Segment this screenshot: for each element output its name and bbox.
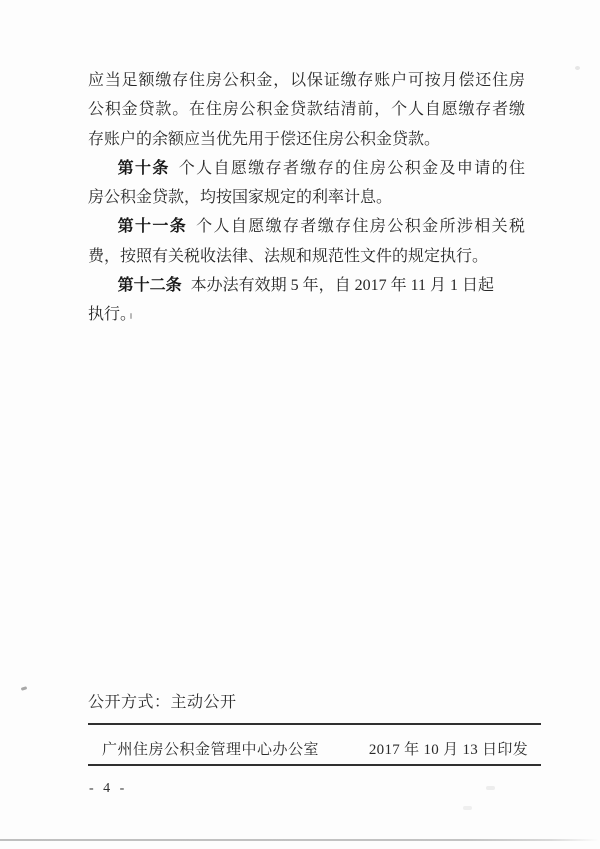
print-date: 2017 年 10 月 13 日印发 <box>369 738 528 759</box>
body-line-article-12: 第十二条本办法有效期 5 年，自 2017 年 11 月 1 日起 <box>88 271 525 300</box>
article-11-text: 个人自愿缴存者缴存住房公积金所涉相关税 <box>196 218 525 235</box>
body-line: 执行。 <box>88 300 525 329</box>
scan-speck <box>463 806 472 810</box>
scan-speck <box>21 686 28 691</box>
body-line-article-10: 第十条个人自愿缴存者缴存的住房公积金及申请的住 <box>88 154 525 183</box>
body-line-article-11: 第十一条个人自愿缴存者缴存住房公积金所涉相关税 <box>88 212 525 241</box>
issuing-office: 广州住房公积金管理中心办公室 <box>102 738 319 759</box>
article-10-text: 个人自愿缴存者缴存的住房公积金及申请的住 <box>179 160 525 177</box>
page-number: - 4 - <box>89 780 127 797</box>
body-line: 公积金贷款。在住房公积金贷款结清前，个人自愿缴存者缴 <box>88 95 525 124</box>
body-line: 存账户的余额应当优先用于偿还住房公积金贷款。 <box>88 125 525 154</box>
issuer-row: 广州住房公积金管理中心办公室 2017 年 10 月 13 日印发 <box>88 735 541 761</box>
scan-edge-line <box>0 839 599 841</box>
document-body: 应当足额缴存住房公积金，以保证缴存账户可按月偿还住房 公积金贷款。在住房公积金贷… <box>88 66 525 330</box>
scan-speck <box>130 313 132 319</box>
scan-speck <box>486 786 495 790</box>
body-line: 应当足额缴存住房公积金，以保证缴存账户可按月偿还住房 <box>88 66 525 95</box>
footer-rule-bottom <box>88 764 541 766</box>
scan-speck <box>575 66 580 70</box>
article-10-term: 第十条 <box>118 160 170 177</box>
footer-rule-top <box>88 723 541 725</box>
article-12-term: 第十二条 <box>118 277 182 294</box>
article-11-term: 第十一条 <box>118 218 188 235</box>
article-12-text: 本办法有效期 5 年，自 2017 年 11 月 1 日起 <box>191 277 494 294</box>
body-line: 费，按照有关税收法律、法规和规范性文件的规定执行。 <box>88 242 525 271</box>
document-page: 应当足额缴存住房公积金，以保证缴存账户可按月偿还住房 公积金贷款。在住房公积金贷… <box>0 0 600 849</box>
disclosure-method: 公开方式：主动公开 <box>88 693 237 713</box>
body-line: 房公积金贷款，均按国家规定的利率计息。 <box>88 183 525 212</box>
